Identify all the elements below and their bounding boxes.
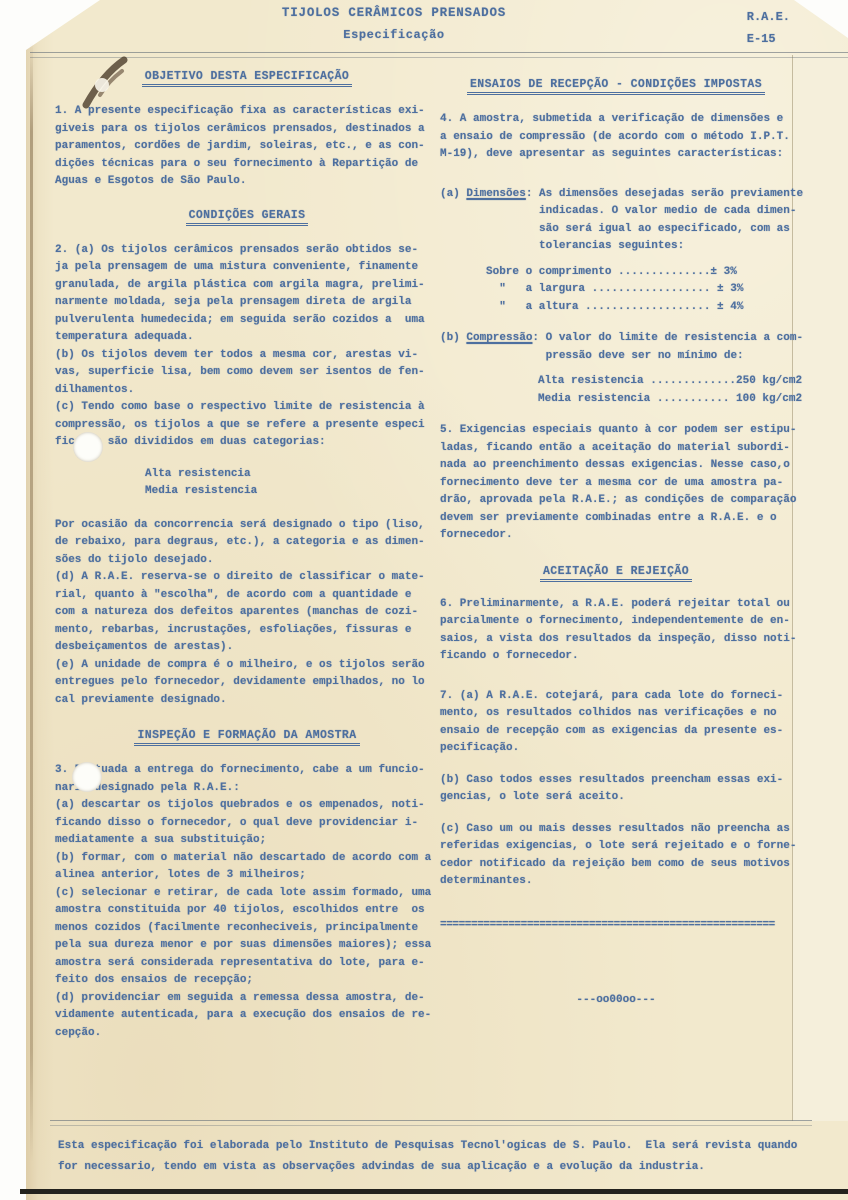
paragraph-7c: (c) Caso um ou mais desses resultados nã… — [440, 821, 792, 891]
item-a-label: Dimensões — [466, 188, 525, 200]
paragraph-6: 6. Preliminarmente, a R.A.E. poderá reje… — [440, 596, 792, 666]
paragraph-3: 3. Efetuada a entrega do fornecimento, c… — [55, 762, 439, 1042]
item-b-label: Compressão — [466, 332, 532, 344]
footer-note: Esta especificação foi elaborada pelo In… — [58, 1136, 797, 1178]
paragraph-2: 2. (a) Os tijolos cerâmicos prensados se… — [55, 242, 439, 452]
item-a-prefix: (a) — [440, 188, 466, 200]
reference-code: E-15 — [747, 28, 790, 50]
paper-right-crease — [792, 55, 848, 1121]
item-a-dimensoes: (a) Dimensões: As dimensões desejadas se… — [440, 186, 792, 256]
section-heading-ensaios: ENSAIOS DE RECEPÇÃO - CONDIÇÕES IMPOSTAS — [467, 78, 765, 95]
section-heading-inspecao: INSPEÇÃO E FORMAÇÃO DA AMOSTRA — [134, 729, 359, 746]
header-rule — [30, 52, 848, 58]
resistance-values: Alta resistencia .............250 kg/cm2… — [538, 373, 792, 408]
document-reference: R.A.E. E-15 — [747, 6, 790, 50]
section-heading-aceitacao: ACEITAÇÃO E REJEIÇÃO — [540, 565, 692, 582]
paper-left-edge-shadow — [30, 42, 33, 1162]
punch-hole-lower — [72, 762, 102, 792]
ink-scribble-mark — [80, 55, 132, 111]
paragraph-5: 5. Exigencias especiais quanto à cor pod… — [440, 422, 792, 545]
document-title: TIJOLOS CERÂMICOS PRENSADOS — [60, 6, 728, 20]
item-b-prefix: (b) — [440, 332, 466, 344]
equals-divider: ========================================… — [440, 917, 792, 935]
section-heading-objetivo: OBJETIVO DESTA ESPECIFICAÇÃO — [142, 70, 352, 87]
reference-org: R.A.E. — [747, 6, 790, 28]
tolerance-values: Sobre o comprimento ..............± 3% "… — [486, 264, 792, 317]
paragraph-7a: 7. (a) A R.A.E. cotejará, para cada lote… — [440, 688, 792, 758]
scanned-document-page: TIJOLOS CERÂMICOS PRENSADOS Especificaçã… — [0, 0, 848, 1200]
category-list: Alta resistencia Media resistencia — [145, 466, 439, 501]
punch-hole-upper — [73, 432, 103, 462]
paragraph-4: 4. A amostra, submetida a verificação de… — [440, 111, 792, 164]
item-b-compressao: (b) Compressão: O valor do limite de res… — [440, 330, 792, 365]
paragraph-1: 1. A presente especificação fixa as cara… — [55, 103, 439, 191]
section-heading-condicoes-gerais: CONDIÇÕES GERAIS — [186, 209, 309, 226]
right-column: ENSAIOS DE RECEPÇÃO - CONDIÇÕES IMPOSTAS… — [440, 60, 792, 1010]
paragraph-2-continued: Por ocasião da concorrencia será designa… — [55, 517, 439, 710]
footer-rule — [50, 1120, 812, 1126]
scan-bottom-edge — [20, 1189, 848, 1194]
end-mark: ---oo00oo--- — [440, 992, 792, 1010]
left-column: OBJETIVO DESTA ESPECIFICAÇÃO 1. A presen… — [55, 60, 439, 1042]
document-subtitle: Especificação — [60, 28, 728, 42]
paragraph-7b: (b) Caso todos esses resultados preencha… — [440, 772, 792, 807]
